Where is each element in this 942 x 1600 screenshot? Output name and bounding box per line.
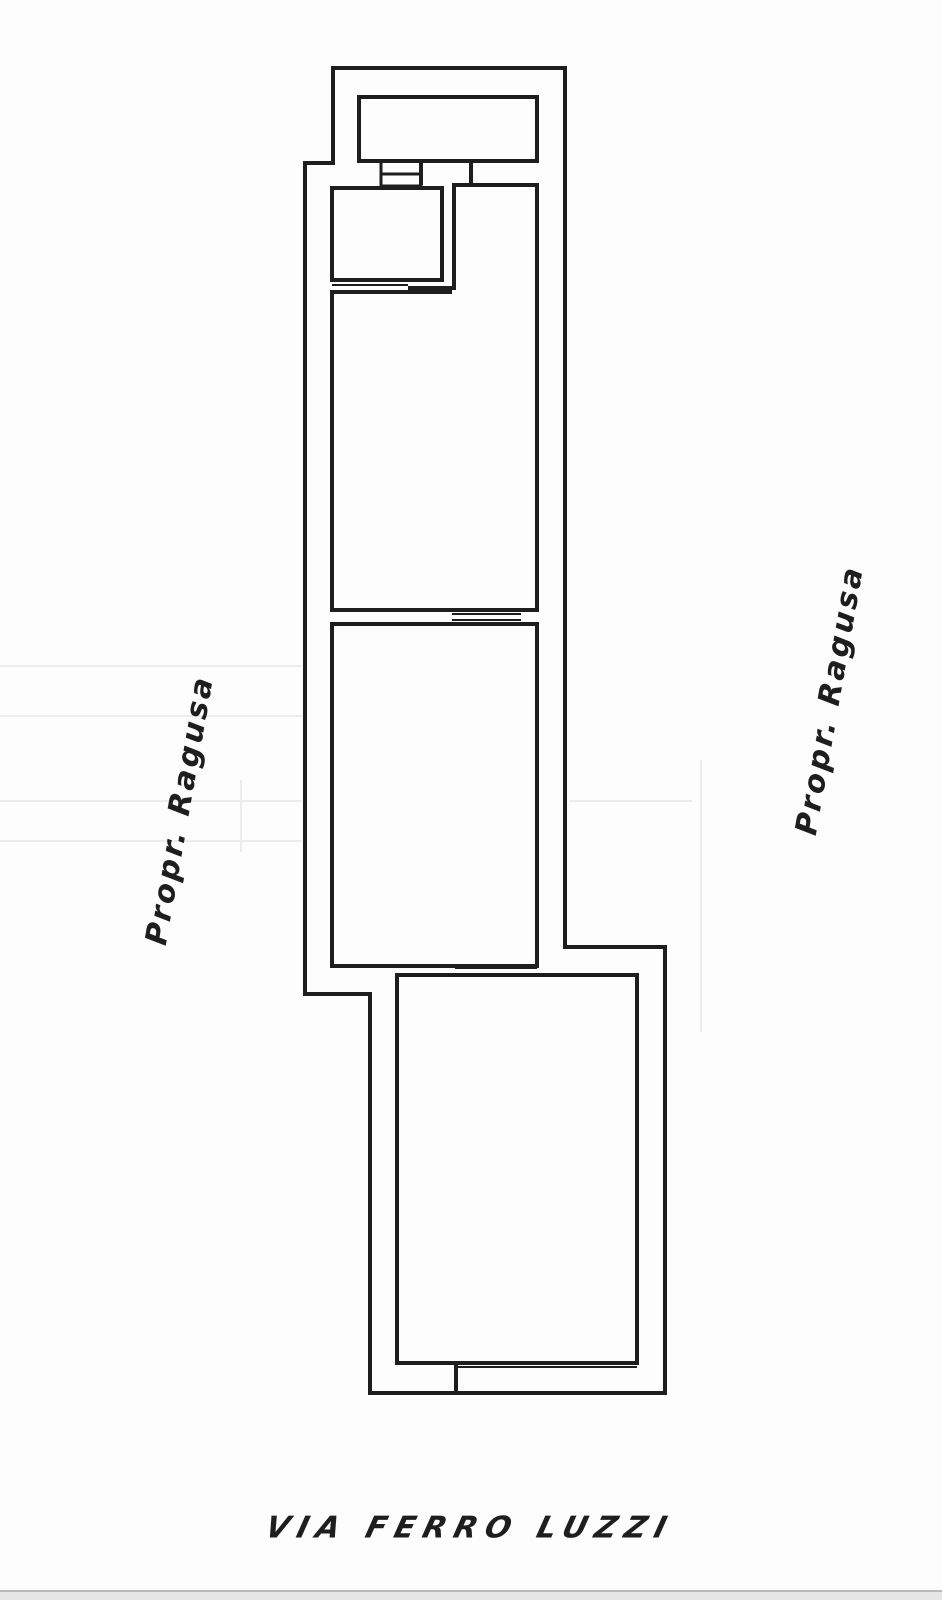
room-upper: [332, 185, 537, 610]
room-front: [397, 975, 637, 1363]
room-top-storage: [359, 97, 537, 161]
street-label: VIA FERRO LUZZI: [262, 1511, 678, 1546]
outer-wall: [305, 68, 665, 1393]
room-small-bath: [332, 188, 442, 280]
room-middle: [332, 624, 537, 966]
scan-edge: [0, 1590, 942, 1600]
